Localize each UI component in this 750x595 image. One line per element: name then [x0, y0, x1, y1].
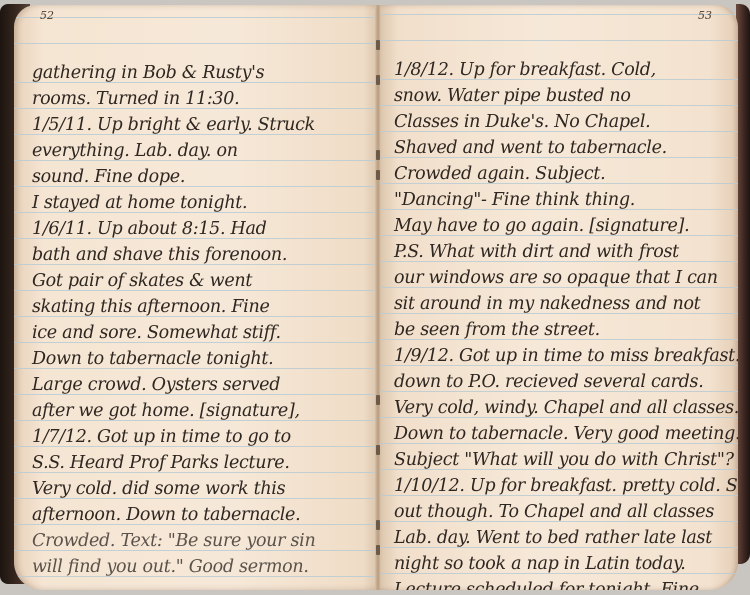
text-line: after we got home. [signature],: [14, 398, 378, 424]
text-line: Subject "What will you do with Christ"?: [380, 447, 738, 473]
text-line: rooms. Turned in 11:30.: [14, 86, 378, 112]
text-line: P.S. What with dirt and with frost: [380, 239, 738, 265]
text-line: Shaved and went to tabernacle.: [380, 135, 738, 161]
text-line: sit around in my nakedness and not: [380, 291, 738, 317]
text-line: will find you out." Good sermon.: [14, 554, 378, 580]
right-page: 53 1/8/12. Up for breakfast. Cold, snow.…: [380, 5, 738, 590]
text-line: Classes in Duke's. No Chapel.: [380, 109, 738, 135]
text-line: Very cold. did some work this: [14, 476, 378, 502]
book-cover-right-edge: [736, 4, 750, 564]
left-page: 52 gathering in Bob & Rusty's rooms. Tur…: [14, 5, 378, 590]
text-line: down to P.O. recieved several cards.: [380, 369, 738, 395]
text-line: Crowded. Text: "Be sure your sin: [14, 528, 378, 554]
text-line: Lecture scheduled for tonight. Fine: [380, 577, 738, 590]
text-line: Down to tabernacle. Very good meeting.: [380, 421, 738, 447]
text-line: 1/5/11. Up bright & early. Struck: [14, 112, 378, 138]
text-line: 1/8/12. Up for breakfast. Cold,: [380, 57, 738, 83]
text-line: night so took a nap in Latin today.: [380, 551, 738, 577]
text-line: 1/10/12. Up for breakfast. pretty cold. …: [380, 473, 738, 499]
text-line: ice and sore. Somewhat stiff.: [14, 320, 378, 346]
page-number: 52: [40, 9, 54, 22]
text-line: snow. Water pipe busted no: [380, 83, 738, 109]
text-line: bath and shave this forenoon.: [14, 242, 378, 268]
text-line: Got pair of skates & went: [14, 268, 378, 294]
text-line: afternoon. Down to tabernacle.: [14, 502, 378, 528]
text-line: "Dancing"- Fine think thing.: [380, 187, 738, 213]
text-line: I stayed at home tonight.: [14, 190, 378, 216]
text-line: gathering in Bob & Rusty's: [14, 60, 378, 86]
diary-spread: 52 gathering in Bob & Rusty's rooms. Tur…: [0, 0, 750, 595]
text-line: our windows are so opaque that I can: [380, 265, 738, 291]
text-line: 1/6/11. Up about 8:15. Had: [14, 216, 378, 242]
text-line: everything. Lab. day. on: [14, 138, 378, 164]
text-line: Crowded again. Subject.: [380, 161, 738, 187]
text-line: 1/9/12. Got up in time to miss breakfast…: [380, 343, 738, 369]
text-line: Very cold, windy. Chapel and all classes…: [380, 395, 738, 421]
page-number: 53: [698, 9, 712, 22]
text-line: May have to go again. [signature].: [380, 213, 738, 239]
text-line: sound. Fine dope.: [14, 164, 378, 190]
text-line: Large crowd. Oysters served: [14, 372, 378, 398]
text-line: Down to tabernacle tonight.: [14, 346, 378, 372]
text-line: Lab. day. Went to bed rather late last: [380, 525, 738, 551]
text-line: 1/7/12. Got up in time to go to: [14, 424, 378, 450]
text-line: skating this afternoon. Fine: [14, 294, 378, 320]
text-line: be seen from the street.: [380, 317, 738, 343]
text-line: S.S. Heard Prof Parks lecture.: [14, 450, 378, 476]
text-line: out though. To Chapel and all classes: [380, 499, 738, 525]
